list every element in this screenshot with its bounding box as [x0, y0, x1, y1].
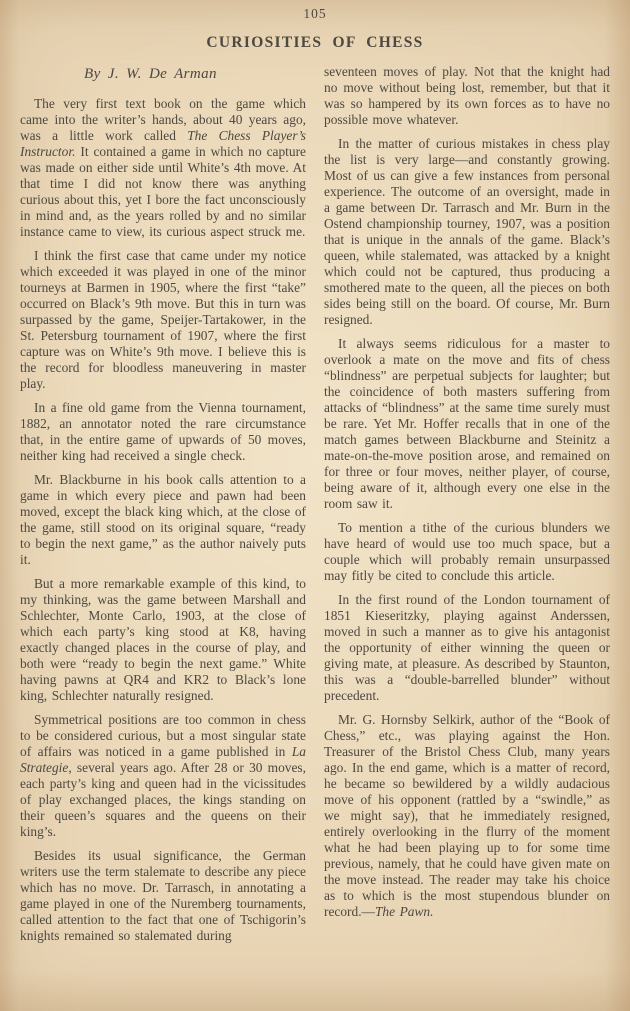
byline: By J. W. De Arman	[84, 66, 306, 83]
text-run: In the first round of the London tournam…	[324, 592, 610, 703]
text-columns: By J. W. De Arman The very first text bo…	[0, 52, 630, 952]
text-run: Symmetrical positions are too common in …	[20, 712, 306, 759]
paragraph: I think the first case that came under m…	[20, 248, 306, 392]
text-run: Mr. Blackburne in his book calls attenti…	[20, 472, 306, 567]
paragraph: The very first text book on the game whi…	[20, 96, 306, 240]
paragraph: To mention a tithe of the curious blunde…	[324, 520, 610, 584]
italic-text-run: The Pawn.	[375, 904, 433, 919]
text-run: I think the first case that came under m…	[20, 248, 306, 391]
right-column-paragraphs: seventeen moves of play. Not that the kn…	[324, 64, 610, 920]
paragraph: In a fine old game from the Vienna tourn…	[20, 400, 306, 464]
paragraph: Besides its usual significance, the Germ…	[20, 848, 306, 944]
text-run: But a more remarkable example of this ki…	[20, 576, 306, 703]
page-title: CURIOSITIES OF CHESS	[0, 34, 630, 52]
right-column: seventeen moves of play. Not that the kn…	[324, 64, 610, 952]
paragraph: In the matter of curious mistakes in che…	[324, 136, 610, 328]
paragraph: Mr. G. Hornsby Selkirk, author of the “B…	[324, 712, 610, 920]
paragraph: seventeen moves of play. Not that the kn…	[324, 64, 610, 128]
text-run: In the matter of curious mistakes in che…	[324, 136, 610, 327]
left-column: By J. W. De Arman The very first text bo…	[20, 64, 306, 952]
paragraph: In the first round of the London tournam…	[324, 592, 610, 704]
text-run: Besides its usual significance, the Germ…	[20, 848, 306, 943]
text-run: seventeen moves of play. Not that the kn…	[324, 64, 610, 127]
paragraph: Mr. Blackburne in his book calls attenti…	[20, 472, 306, 568]
paragraph: Symmetrical positions are too common in …	[20, 712, 306, 840]
text-run: In a fine old game from the Vienna tourn…	[20, 400, 306, 463]
text-run: Mr. G. Hornsby Selkirk, author of the “B…	[324, 712, 610, 919]
text-run: To mention a tithe of the curious blunde…	[324, 520, 610, 583]
text-run: It always seems ridiculous for a master …	[324, 336, 610, 511]
page-number: 105	[0, 0, 630, 22]
book-page: 105 CURIOSITIES OF CHESS By J. W. De Arm…	[0, 0, 630, 1011]
paragraph: It always seems ridiculous for a master …	[324, 336, 610, 512]
paragraph: But a more remarkable example of this ki…	[20, 576, 306, 704]
left-column-paragraphs: The very first text book on the game whi…	[20, 96, 306, 944]
